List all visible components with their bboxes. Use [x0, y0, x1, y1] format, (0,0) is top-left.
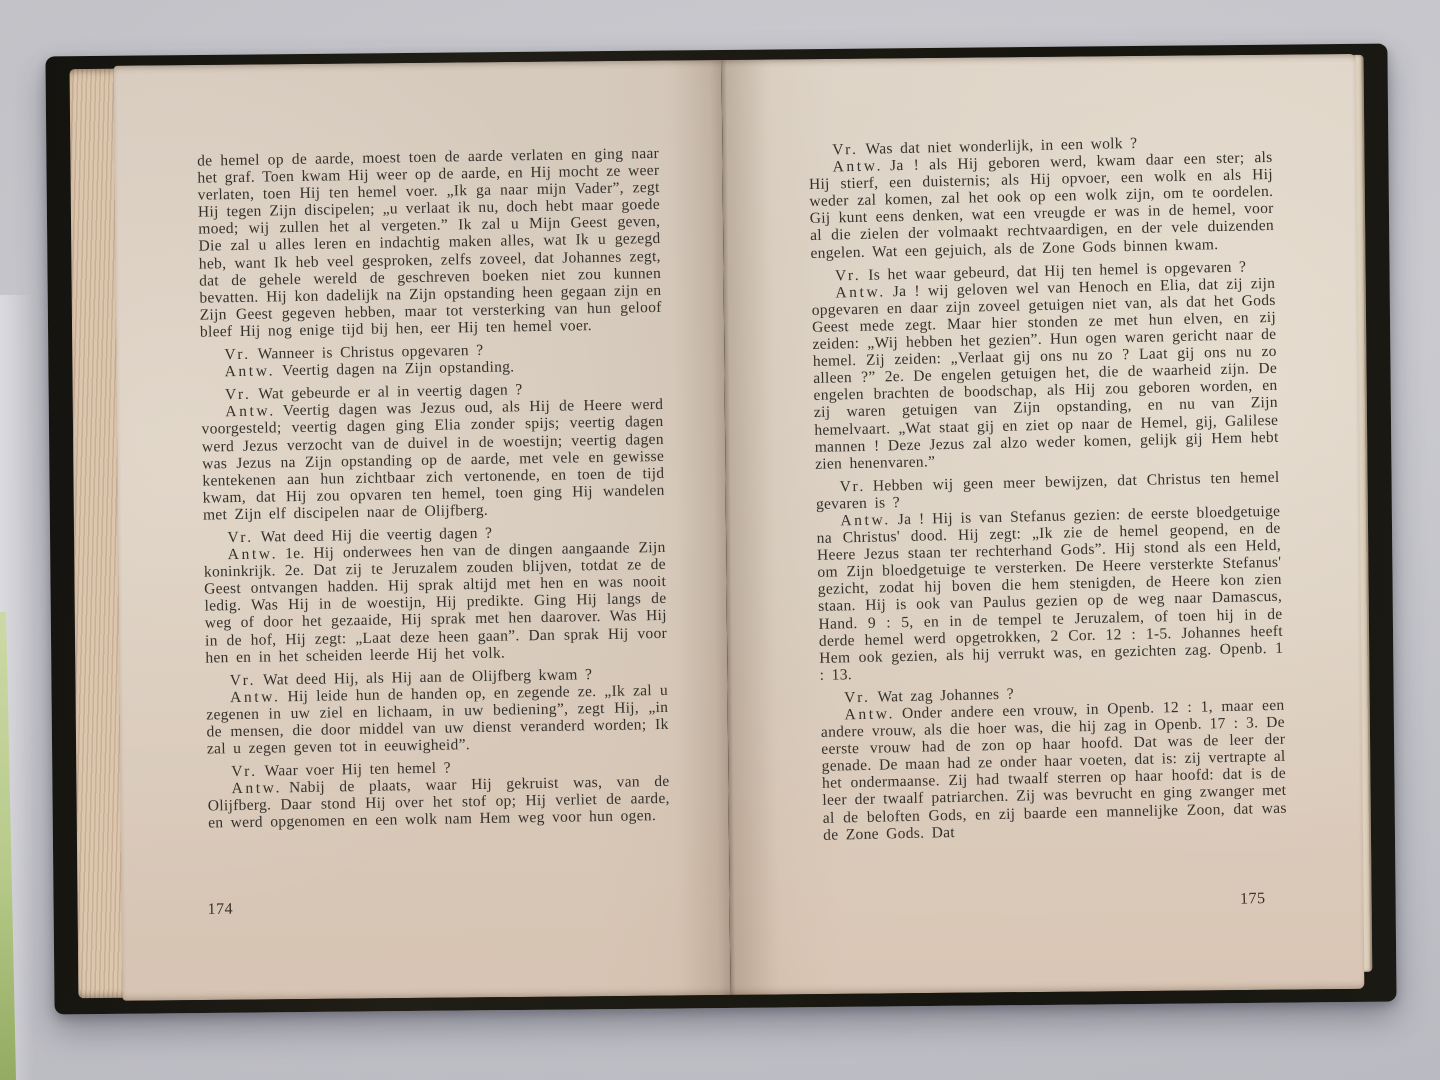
paragraph-prefix: Antw.	[228, 545, 279, 563]
page-spread: de hemel op de aarde, moest toen de aard…	[114, 54, 1365, 1001]
paragraph-prefix: Antw.	[840, 511, 891, 529]
paragraph-prefix: Antw.	[225, 362, 276, 380]
paragraph-prefix: Vr.	[227, 529, 254, 546]
paragraph-prefix: Vr.	[225, 386, 252, 403]
paragraph-text: Veertig dagen na Zijn opstanding.	[282, 359, 515, 380]
paragraph-prefix: Vr.	[224, 346, 251, 363]
page-number-left: 174	[208, 901, 234, 919]
paragraph-prefix: Antw.	[230, 688, 281, 706]
right-page: Vr.Was dat niet wonderlijk, in een wolk …	[721, 54, 1364, 995]
paragraph-prefix: Antw.	[844, 705, 895, 723]
paragraph-prefix: Vr.	[835, 267, 862, 285]
open-book: de hemel op de aarde, moest toen de aard…	[45, 44, 1396, 1015]
page-number-right: 175	[819, 890, 1265, 918]
paragraph-prefix: Antw.	[835, 283, 886, 301]
paragraph: Antw.Veertig dagen was Jezus oud, als Hi…	[201, 396, 665, 523]
paragraph: Antw.Ja ! als Hij geboren werd, kwam daa…	[808, 149, 1274, 262]
paragraph: Antw.Hij leide hun de handen op, en zege…	[206, 682, 669, 758]
paragraph-text: Ja ! Hij is van Stefanus gezien: de eers…	[817, 503, 1284, 684]
paragraph-prefix: Vr.	[832, 141, 859, 159]
paragraph: Antw.Ja ! Hij is van Stefanus gezien: de…	[816, 503, 1284, 684]
paragraph-prefix: Vr.	[230, 671, 257, 688]
paragraph: Antw.Ja ! wij geloven wel van Henoch en …	[811, 275, 1279, 473]
paragraph-prefix: Vr.	[231, 763, 258, 780]
paragraph-prefix: Antw.	[231, 780, 282, 798]
paragraph-text: de hemel op de aarde, moest toen de aard…	[197, 145, 662, 341]
paragraph-prefix: Vr.	[844, 689, 871, 707]
paragraph-text: Ja ! wij geloven wel van Henoch en Elia,…	[812, 275, 1279, 473]
paragraph: Antw.Onder andere een vrouw, in Openb. 1…	[820, 697, 1287, 844]
left-page: de hemel op de aarde, moest toen de aard…	[114, 60, 731, 1001]
paragraph: Antw.1e. Hij onderwees hen van de dingen…	[204, 539, 668, 666]
photo-background: de hemel op de aarde, moest toen de aard…	[0, 0, 1440, 1080]
paragraph: Antw.Nabij de plaats, waar Hij gekruist …	[207, 773, 670, 832]
left-page-text: de hemel op de aarde, moest toen de aard…	[197, 145, 670, 832]
paragraph-prefix: Antw.	[832, 157, 883, 175]
paragraph: de hemel op de aarde, moest toen de aard…	[197, 145, 662, 341]
right-page-text: Vr.Was dat niet wonderlijk, in een wolk …	[808, 126, 1287, 844]
paragraph-prefix: Antw.	[225, 403, 276, 421]
paragraph-prefix: Vr.	[839, 478, 866, 496]
